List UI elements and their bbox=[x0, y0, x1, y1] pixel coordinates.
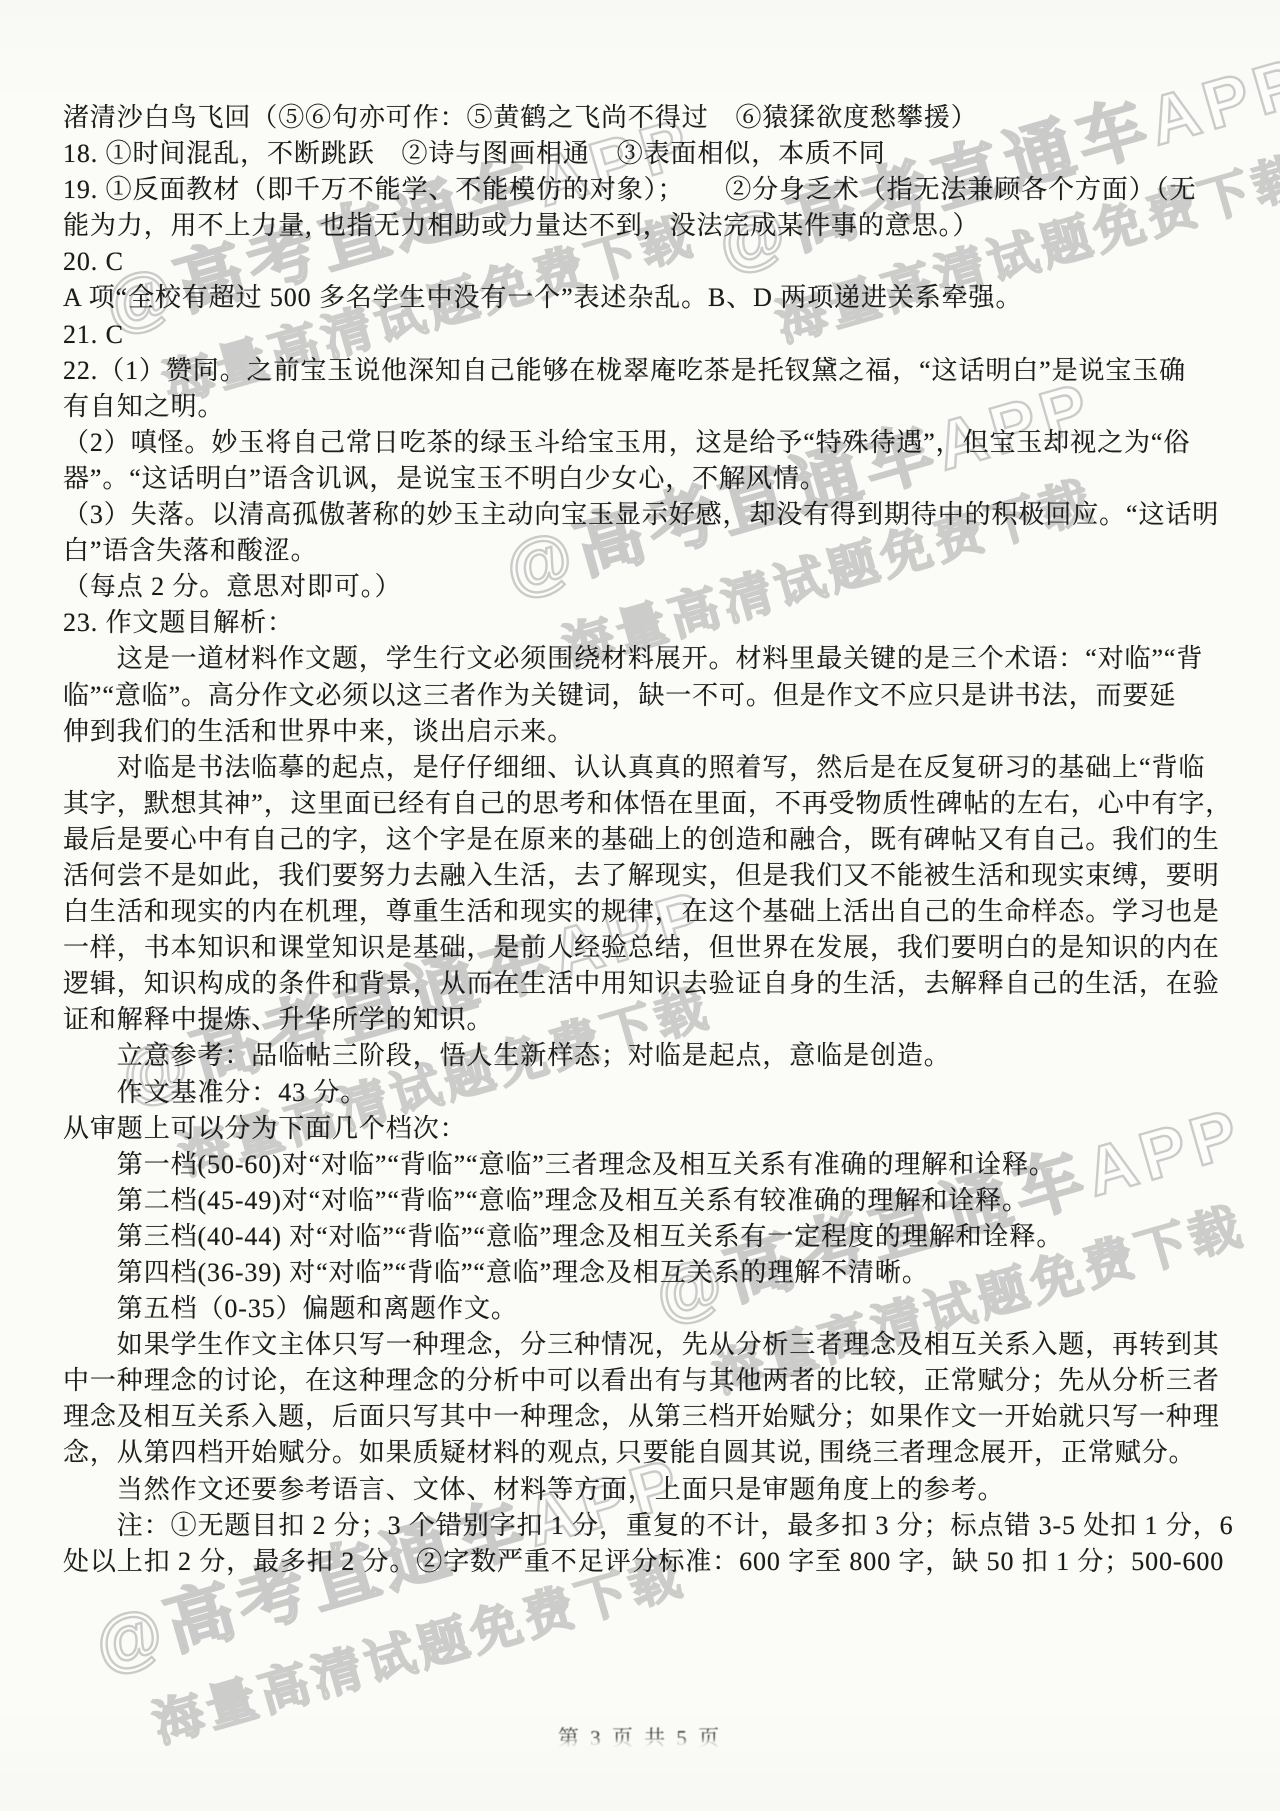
text-line: （3）失落。以清高孤傲著称的妙玉主动向宝玉显示好感，却没有得到期待中的积极回应。… bbox=[63, 497, 1223, 533]
text-line: 从审题上可以分为下面几个档次： bbox=[63, 1111, 1223, 1147]
text-line: 其字，默想其神”，这里面已经有自己的思考和体悟在里面，不再受物质性碑帖的左右，心… bbox=[63, 786, 1223, 822]
text-line: 一样，书本知识和课堂知识是基础，是前人经验总结，但世界在发展，我们要明白的是知识… bbox=[63, 930, 1223, 966]
text-line: 18. ①时间混乱，不断跳跃 ②诗与图画相通 ③表面相似，本质不同 bbox=[63, 136, 1223, 172]
text-line: （每点 2 分。意思对即可。） bbox=[63, 569, 1223, 605]
text-line: 20. C bbox=[63, 244, 1223, 280]
text-line: 第三档(40-44) 对“对临”“背临”“意临”理念及相互关系有一定程度的理解和… bbox=[63, 1219, 1223, 1255]
text-line: 第二档(45-49)对“对临”“背临”“意临”理念及相互关系有较准确的理解和诠释… bbox=[63, 1183, 1223, 1219]
text-line: 最后是要心中有自己的字，这个字是在原来的基础上的创造和融合，既有碑帖又有自己。我… bbox=[63, 822, 1223, 858]
text-line: 注：①无题目扣 2 分；3 个错别字扣 1 分，重复的不计，最多扣 3 分；标点… bbox=[63, 1508, 1223, 1544]
text-line: 中一种理念的讨论，在这种理念的分析中可以看出有与其他两者的比较，正常赋分；先从分… bbox=[63, 1363, 1223, 1399]
text-line: 渚清沙白鸟飞回（⑤⑥句亦可作：⑤黄鹤之飞尚不得过 ⑥猿猱欲度愁攀援） bbox=[63, 100, 1223, 136]
text-line: 立意参考：品临帖三阶段，悟人生新样态；对临是起点，意临是创造。 bbox=[63, 1038, 1223, 1074]
text-line: 有自知之明。 bbox=[63, 389, 1223, 425]
text-line: 第四档(36-39) 对“对临”“背临”“意临”理念及相互关系的理解不清晰。 bbox=[63, 1255, 1223, 1291]
text-line: 22.（1）赞同。之前宝玉说他深知自己能够在栊翠庵吃茶是托钗黛之福，“这话明白”… bbox=[63, 353, 1223, 389]
text-line: A 项“全校有超过 500 多名学生中没有一个”表述杂乱。B、D 两项递进关系牵… bbox=[63, 280, 1223, 316]
text-line: 对临是书法临摹的起点，是仔仔细细、认认真真的照着写，然后是在反复研习的基础上“背… bbox=[63, 750, 1223, 786]
text-line: （2）嗔怪。妙玉将自己常日吃茶的绿玉斗给宝玉用，这是给予“特殊待遇”，但宝玉却视… bbox=[63, 425, 1223, 461]
text-line: 活何尝不是如此，我们要努力去融入生活，去了解现实，但是我们又不能被生活和现实束缚… bbox=[63, 858, 1223, 894]
text-line: 第一档(50-60)对“对临”“背临”“意临”三者理念及相互关系有准确的理解和诠… bbox=[63, 1147, 1223, 1183]
text-line: 作文基准分：43 分。 bbox=[63, 1075, 1223, 1111]
text-line: 这是一道材料作文题，学生行文必须围绕材料展开。材料里最关键的是三个术语：“对临”… bbox=[63, 641, 1223, 677]
text-line: 伸到我们的生活和世界中来，谈出启示来。 bbox=[63, 714, 1223, 750]
text-line: 处以上扣 2 分，最多扣 2 分。②字数严重不足评分标准：600 字至 800 … bbox=[63, 1544, 1223, 1580]
text-line: 第五档（0-35）偏题和离题作文。 bbox=[63, 1291, 1223, 1327]
answer-text-block: 渚清沙白鸟飞回（⑤⑥句亦可作：⑤黄鹤之飞尚不得过 ⑥猿猱欲度愁攀援）18. ①时… bbox=[63, 100, 1223, 1580]
text-line: 理念及相互关系入题，后面只写其中一种理念，从第三档开始赋分；如果作文一开始就只写… bbox=[63, 1399, 1223, 1435]
text-line: 能为力，用不上力量, 也指无力相助或力量达不到，没法完成某件事的意思。） bbox=[63, 208, 1223, 244]
text-line: 21. C bbox=[63, 317, 1223, 353]
text-line: 证和解释中提炼、升华所学的知识。 bbox=[63, 1002, 1223, 1038]
text-line: 白生活和现实的内在机理，尊重生活和现实的规律，在这个基础上活出自己的生命样态。学… bbox=[63, 894, 1223, 930]
text-line: 白”语含失落和酸涩。 bbox=[63, 533, 1223, 569]
scanned-page: @高考直通车APP 海量高清试题免费下载 @高考直通车APP 海量高清试题免费下… bbox=[0, 0, 1280, 1811]
text-line: 23. 作文题目解析： bbox=[63, 605, 1223, 641]
text-line: 器”。“这话明白”语含讥讽，是说宝玉不明白少女心，不解风情。 bbox=[63, 461, 1223, 497]
text-line: 逻辑，知识构成的条件和背景，从而在生活中用知识去验证自身的生活，去解释自己的生活… bbox=[63, 966, 1223, 1002]
text-line: 临”“意临”。高分作文必须以这三者作为关键词，缺一不可。但是作文不应只是讲书法，… bbox=[63, 678, 1223, 714]
page-footer: 第 3 页 共 5 页 bbox=[0, 1722, 1280, 1752]
text-line: 当然作文还要参考语言、文体、材料等方面，上面只是审题角度上的参考。 bbox=[63, 1472, 1223, 1508]
text-line: 念，从第四档开始赋分。如果质疑材料的观点, 只要能自圆其说, 围绕三者理念展开，… bbox=[63, 1435, 1223, 1471]
text-line: 如果学生作文主体只写一种理念，分三种情况，先从分析三者理念及相互关系入题，再转到… bbox=[63, 1327, 1223, 1363]
text-line: 19. ①反面教材（即千万不能学、不能模仿的对象）； ②分身乏术（指无法兼顾各个… bbox=[63, 172, 1223, 208]
